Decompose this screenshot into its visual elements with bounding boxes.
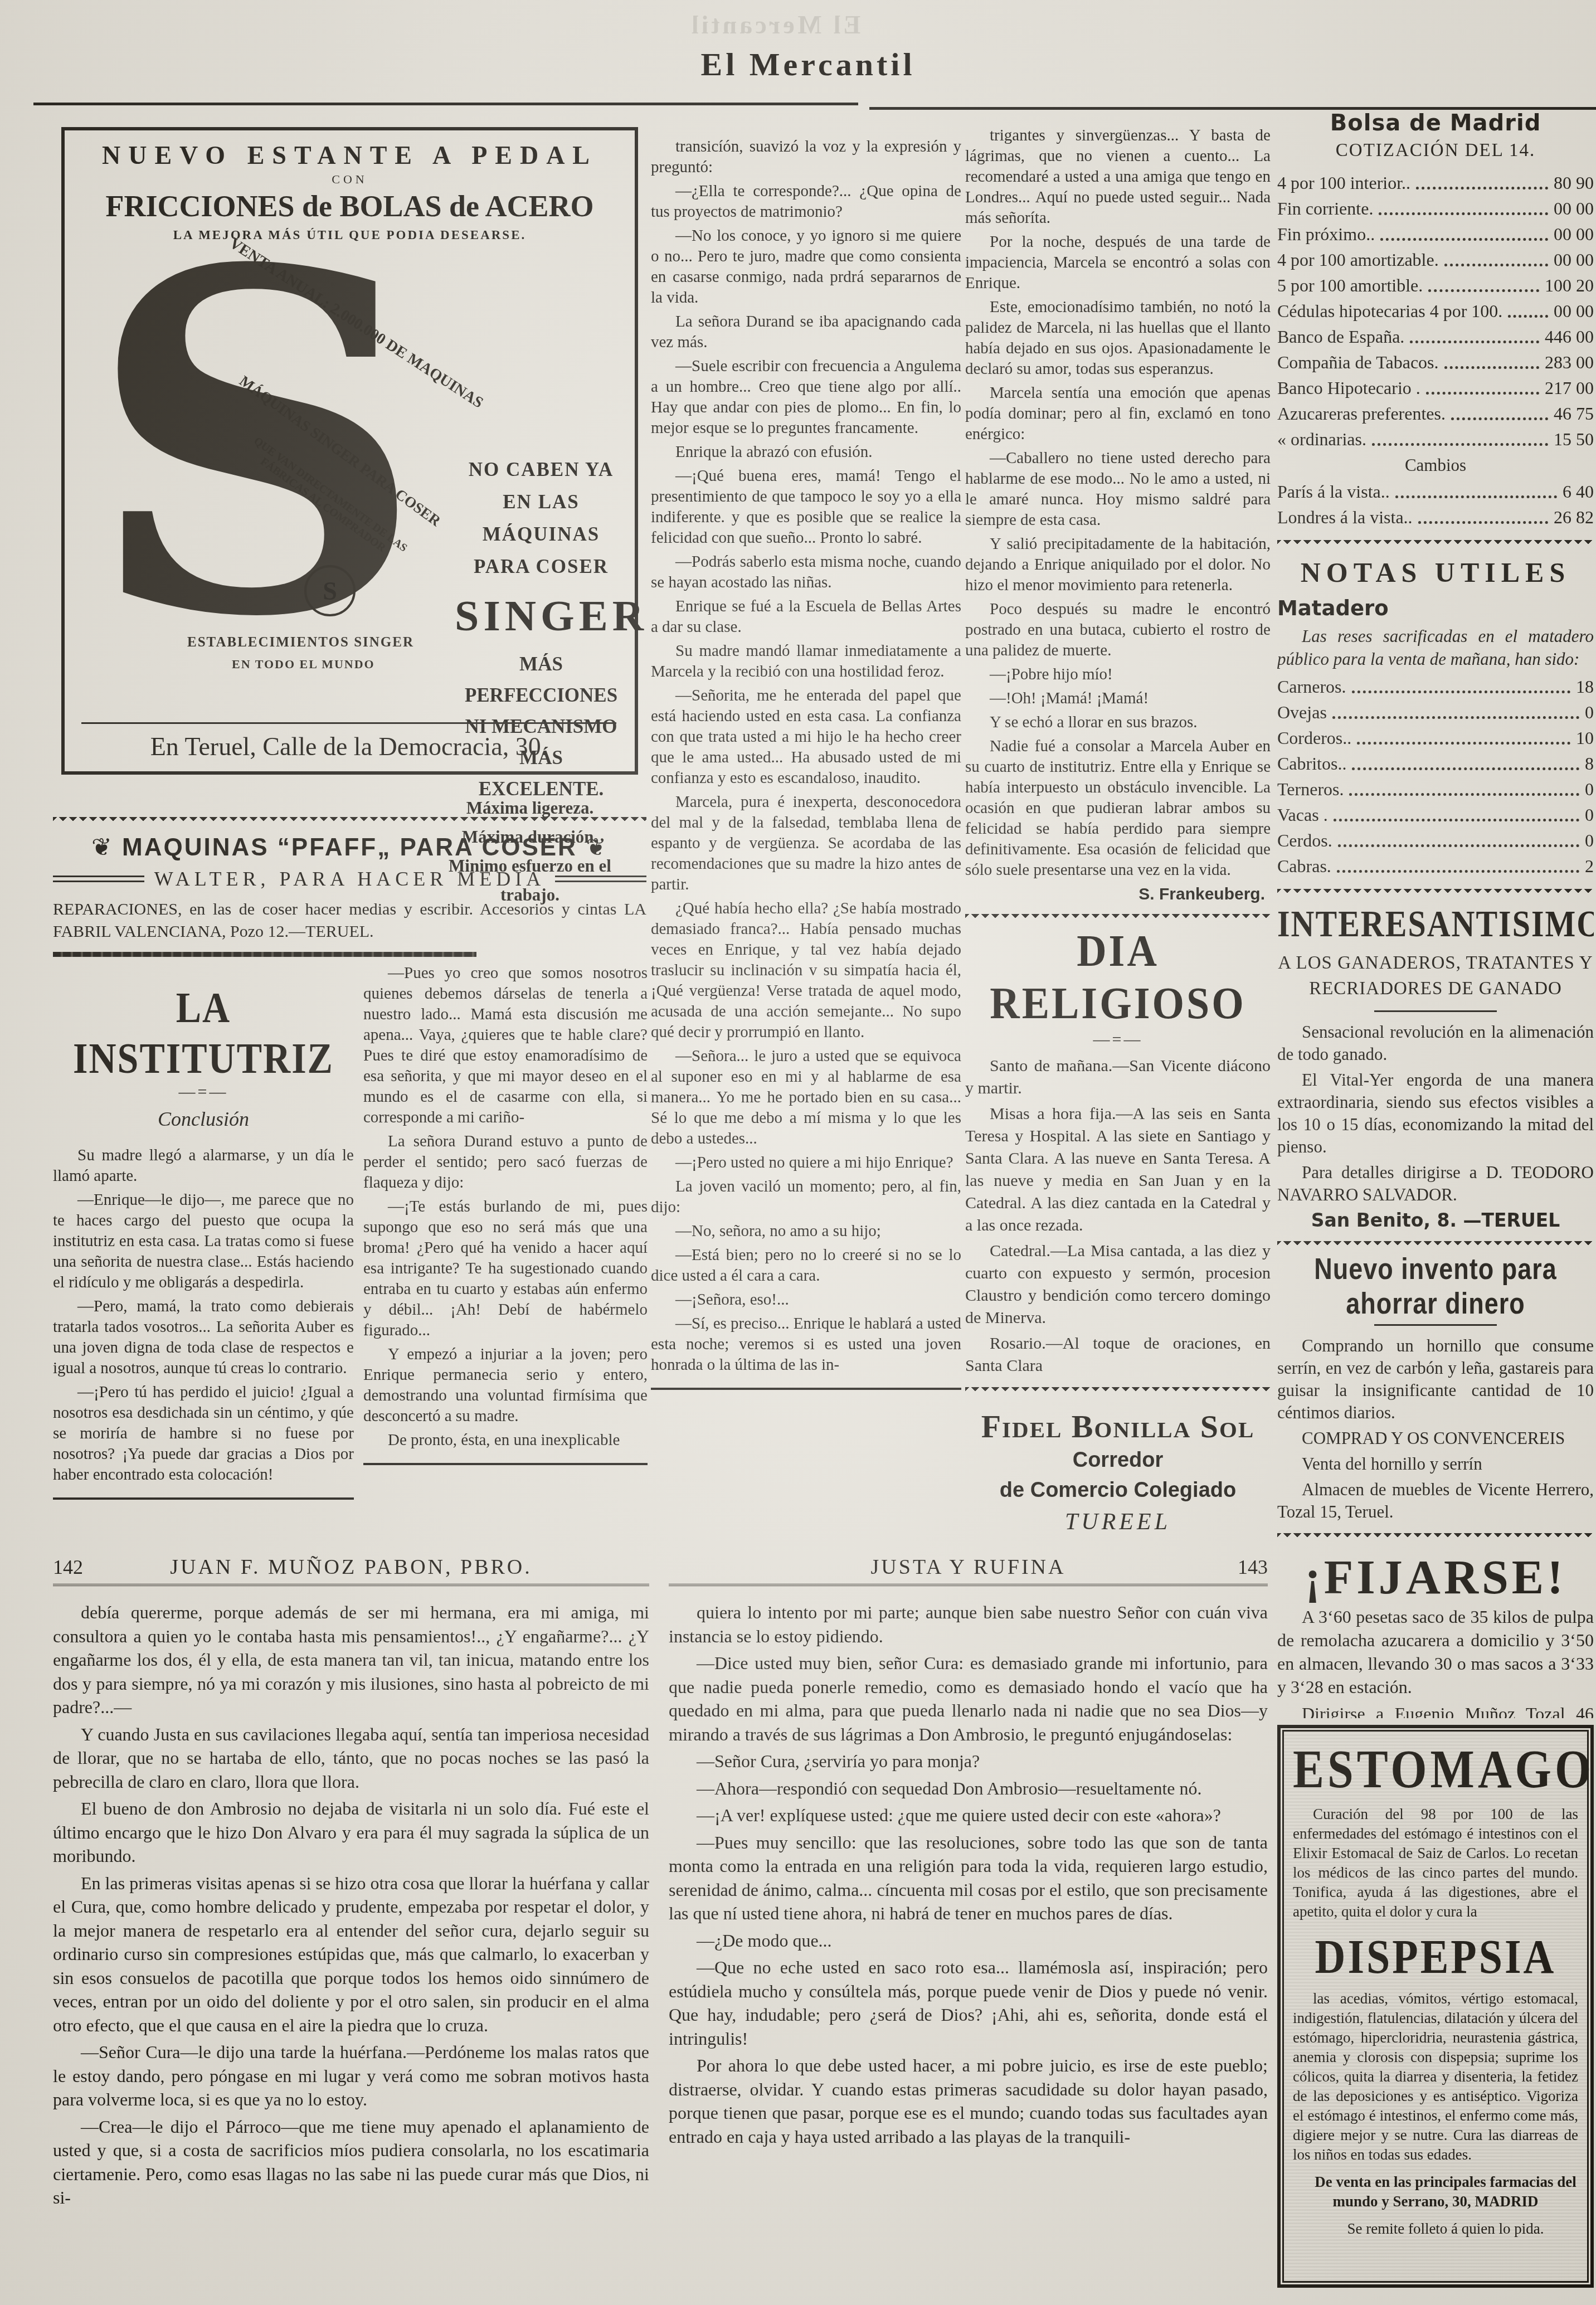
zigzag-rule bbox=[965, 1387, 1271, 1393]
singer-establecimientos: ESTABLECIMIENTOS SINGER bbox=[187, 635, 414, 650]
paragraph: El bueno de don Ambrosio no dejaba de vi… bbox=[53, 1797, 649, 1868]
paragraph: A 3‘60 pesetas saco de 35 kilos de pulpa… bbox=[1277, 1605, 1594, 1699]
column-end-rule bbox=[363, 1463, 648, 1465]
double-rule bbox=[555, 876, 646, 882]
dia-religioso-section: DIA RELIGIOSO —=— Santo de mañana.—San V… bbox=[965, 930, 1271, 1377]
pfaff-ad: ❦ MAQUINAS “PFAFF„ PARA COSER ❦ WALTER, … bbox=[53, 807, 646, 957]
dot-leader bbox=[1410, 341, 1539, 343]
paragraph: —¿De modo que... bbox=[669, 1929, 1268, 1953]
dot-leader bbox=[1426, 392, 1539, 395]
book-left-page-number: 142 bbox=[53, 1555, 120, 1579]
column-end-rule bbox=[53, 1497, 354, 1500]
dot-leader bbox=[1395, 495, 1557, 498]
paragraph: —Señor Cura—le dijo una tarde la huérfan… bbox=[53, 2040, 649, 2112]
quote-row: Banco de España. 446 00 bbox=[1277, 324, 1594, 349]
quote-row: Banco Hipotecario . 217 00 bbox=[1277, 375, 1594, 401]
paragraph: —¡Te estás burlando de mi, pues supongo … bbox=[363, 1197, 648, 1341]
singer-address: En Teruel, Calle de la Democracia, 30. bbox=[81, 722, 616, 761]
institutriz-col1-text: Su madre llegó a alarmarse, y un día le … bbox=[53, 1145, 354, 1485]
estomago-footer-2: Se remite folleto á quien lo pida. bbox=[1293, 2219, 1578, 2239]
quote-row: Azucareras preferentes. 46 75 bbox=[1277, 401, 1594, 426]
livestock-label: Terneros. bbox=[1277, 776, 1344, 802]
quote-value: 100 20 bbox=[1545, 273, 1594, 298]
paragraph: —Está bien; pero no lo creeré si no se l… bbox=[651, 1245, 961, 1286]
dia-religioso-title: DIA RELIGIOSO bbox=[965, 926, 1271, 1030]
paragraph: —¡Pero usted no quiere a mi hijo Enrique… bbox=[651, 1152, 961, 1173]
institutriz-title: LA INSTITUTRIZ bbox=[53, 983, 354, 1084]
book-right-text: quiera lo intento por mi parte; aunque b… bbox=[669, 1601, 1268, 2148]
pfaff-title: MAQUINAS “PFAFF„ PARA COSER bbox=[122, 834, 577, 861]
newspaper-page: El Mercantil El Mercantil NUEVO ESTANTE … bbox=[0, 0, 1596, 2305]
livestock-count: 8 bbox=[1585, 751, 1594, 776]
fidel-city: TUREEL bbox=[965, 1509, 1271, 1533]
paragraph: Y cuando Justa en sus cavilaciones llega… bbox=[53, 1723, 649, 1794]
paragraph: —Caballero no tiene usted derecho para h… bbox=[965, 448, 1271, 531]
dot-leader bbox=[1380, 238, 1548, 241]
ghost-masthead: El Mercantil bbox=[580, 10, 970, 40]
paragraph: —¿Ella te corresponde?... ¿Que opina de … bbox=[651, 181, 961, 222]
interesantisimo-address: San Benito, 8. —TERUEL bbox=[1277, 1209, 1594, 1231]
dot-leader bbox=[1508, 315, 1548, 318]
quote-label: 4 por 100 interior.. bbox=[1277, 170, 1410, 196]
paragraph: Almacen de muebles de Vicente Herrero, T… bbox=[1277, 1479, 1594, 1523]
paragraph: —Pero, mamá, la trato como debierais tra… bbox=[53, 1296, 354, 1379]
paragraph: El Vital-Yer engorda de una manera extra… bbox=[1277, 1069, 1594, 1158]
livestock-label: Cabritos.. bbox=[1277, 751, 1346, 776]
paragraph: —¡Pero tú has perdido el juicio! ¿Igual … bbox=[53, 1382, 354, 1485]
singer-no-caben: NO CABEN YA EN LAS MÁQUINAS PARA COSER bbox=[455, 454, 627, 583]
livestock-label: Cerdos. bbox=[1277, 828, 1332, 853]
quote-row: « ordinarias. 15 50 bbox=[1277, 426, 1594, 452]
institutriz-subtitle: Conclusión bbox=[53, 1107, 354, 1131]
pfaff-title-row: ❦ MAQUINAS “PFAFF„ PARA COSER ❦ bbox=[53, 833, 646, 862]
dot-leader bbox=[1372, 443, 1548, 446]
dot-leader bbox=[1428, 289, 1539, 292]
quote-value: 00 00 bbox=[1554, 221, 1594, 247]
interesantisimo-text: Sensacional revolución en la alimenación… bbox=[1277, 1021, 1594, 1206]
quote-label: « ordinarias. bbox=[1277, 426, 1366, 452]
estomago-copy: Curación del 98 por 100 de las enfermeda… bbox=[1293, 1805, 1578, 1922]
institutriz-col2-text: —Pues yo creo que somos nosotros quienes… bbox=[363, 963, 648, 1451]
quote-label: Banco de España. bbox=[1277, 324, 1404, 349]
fidel-name: Fidel Bonilla Sol bbox=[965, 1408, 1271, 1445]
short-rule bbox=[1374, 1010, 1497, 1012]
book-right-page-number: 143 bbox=[1201, 1555, 1268, 1579]
short-rule bbox=[1374, 1324, 1497, 1326]
serial-col2-text: transicíón, suavizó la voz y la expresió… bbox=[651, 137, 961, 1375]
dot-leader bbox=[1337, 870, 1579, 873]
paragraph: La joven vaciló un momento; pero, al fin… bbox=[651, 1176, 961, 1218]
paragraph: Comprando un hornillo que consume serrín… bbox=[1277, 1335, 1594, 1424]
cambios-label: Cambios bbox=[1277, 455, 1594, 475]
fijarse-title: ¡FIJARSE! bbox=[1277, 1549, 1594, 1605]
institutriz-column-2: —Pues yo creo que somos nosotros quienes… bbox=[363, 963, 648, 1526]
dia-religioso-text: Santo de mañana.—San Vicente diácono y m… bbox=[965, 1055, 1271, 1377]
dot-leader bbox=[1349, 793, 1579, 796]
paragraph: —Señorita, me he enterada del papel que … bbox=[651, 685, 961, 789]
estomago-ad: ESTOMAGO Curación del 98 por 100 de las … bbox=[1277, 1725, 1594, 2288]
paragraph: De pronto, ésta, en una inexplicable bbox=[363, 1430, 648, 1451]
singer-logo-letter: S bbox=[323, 576, 337, 606]
bolsa-table: 4 por 100 interior.. 80 90 Fin corriente… bbox=[1277, 170, 1594, 452]
zigzag-rule bbox=[1277, 1533, 1594, 1539]
paragraph: Para detalles dirigirse a D. TEODORO NAV… bbox=[1277, 1161, 1594, 1206]
serial-col3-text: trigantes y sinvergüenzas... Y basta de … bbox=[965, 125, 1271, 881]
quote-row: Compañia de Tabacos. 283 00 bbox=[1277, 349, 1594, 375]
institutriz-column-1: LA INSTITUTRIZ —=— Conclusión Su madre l… bbox=[53, 989, 354, 1500]
paragraph: Por ahora lo que debe usted hacer, a mi … bbox=[669, 2054, 1268, 2148]
book-left-header: 142 JUAN F. MUÑOZ PABON, PBRO. bbox=[53, 1555, 649, 1586]
dot-leader bbox=[1444, 366, 1539, 369]
paragraph: Marcela, pura é inexperta, desconocedora… bbox=[651, 792, 961, 895]
paragraph: —Pues yo creo que somos nosotros quienes… bbox=[363, 963, 648, 1128]
livestock-label: Vacas . bbox=[1277, 802, 1328, 828]
right-column: Bolsa de Madrid COTIZACIÓN DEL 14. 4 por… bbox=[1277, 110, 1594, 1718]
paragraph: —Sí, es preciso... Enrique le hablará a … bbox=[651, 1314, 961, 1375]
pfaff-subtitle-row: WALTER, PARA HACER MEDIA bbox=[53, 867, 646, 891]
dot-leader bbox=[1332, 716, 1579, 719]
paragraph: —¡Pobre hijo mío! bbox=[965, 664, 1271, 685]
paragraph: —Podrás saberlo esta misma noche, cuando… bbox=[651, 552, 961, 593]
livestock-count: 18 bbox=[1576, 674, 1594, 699]
livestock-row: Vacas . 0 bbox=[1277, 802, 1594, 828]
paragraph: —¡A ver! explíquese usted: ¿que me quier… bbox=[669, 1803, 1268, 1827]
interesantisimo-title: INTERESANTISIMO bbox=[1277, 902, 1594, 945]
subtitle-line-2: RECRIADORES DE GANADO bbox=[1277, 976, 1594, 1001]
paragraph: debía quererme, porque además de ser mi … bbox=[53, 1601, 649, 1719]
quote-label: 4 por 100 amortizable. bbox=[1277, 247, 1439, 273]
book-right-header: JUSTA Y RUFINA 143 bbox=[669, 1555, 1268, 1586]
dot-leader bbox=[1418, 521, 1548, 524]
floret-icon: ❦ bbox=[586, 834, 608, 861]
fidel-bonilla-ad: Fidel Bonilla Sol Corredor de Comercio C… bbox=[965, 1408, 1271, 1533]
paragraph: —¡Qué buena eres, mamá! Tengo el present… bbox=[651, 466, 961, 548]
livestock-label: Carneros. bbox=[1277, 674, 1346, 699]
livestock-count: 0 bbox=[1585, 828, 1594, 853]
matadero-table: Carneros. 18 Ovejas 0 Corderos.. 10 bbox=[1277, 674, 1594, 879]
paragraph: —Enrique—le dijo—, me parece que no te h… bbox=[53, 1190, 354, 1293]
paragraph: Su madre mandó llamar inmediatamente a M… bbox=[651, 641, 961, 682]
zigzag-rule bbox=[1277, 540, 1594, 546]
paragraph: Este, emocionadísimo también, no notó la… bbox=[965, 297, 1271, 380]
paragraph: trigantes y sinvergüenzas... Y basta de … bbox=[965, 125, 1271, 228]
quote-label: Londres á la vista.. bbox=[1277, 504, 1413, 530]
column-end-rule bbox=[651, 1388, 961, 1390]
quote-label: Banco Hipotecario . bbox=[1277, 375, 1420, 401]
livestock-row: Carneros. 18 bbox=[1277, 674, 1594, 699]
nuevo-invento-text: Comprando un hornillo que consume serrín… bbox=[1277, 1335, 1594, 1523]
livestock-label: Corderos.. bbox=[1277, 725, 1351, 751]
fidel-role-1: Corredor bbox=[965, 1445, 1271, 1475]
livestock-row: Ovejas 0 bbox=[1277, 699, 1594, 725]
livestock-row: Cabras. 2 bbox=[1277, 853, 1594, 879]
quote-row: París á la vista.. 6 40 bbox=[1277, 479, 1594, 504]
quote-row: Cédulas hipotecarias 4 por 100. 00 00 bbox=[1277, 298, 1594, 324]
dot-leader bbox=[1451, 417, 1548, 420]
quote-label: París á la vista.. bbox=[1277, 479, 1390, 504]
fidel-role-2: de Comercio Colegiado bbox=[965, 1475, 1271, 1505]
paragraph: Enrique se fué a la Escuela de Bellas Ar… bbox=[651, 596, 961, 638]
paragraph: quiera lo intento por mi parte; aunque b… bbox=[669, 1601, 1268, 1648]
bolsa-section: Bolsa de Madrid COTIZACIÓN DEL 14. 4 por… bbox=[1277, 110, 1594, 530]
book-left-title: JUAN F. MUÑOZ PABON, PBRO. bbox=[120, 1555, 582, 1579]
paragraph: —Crea—le dijo el Párroco—que me tiene mu… bbox=[53, 2115, 649, 2210]
zigzag-rule bbox=[53, 817, 646, 823]
livestock-row: Terneros. 0 bbox=[1277, 776, 1594, 802]
book-left-text: debía quererme, porque además de ser mi … bbox=[53, 1601, 649, 2210]
paragraph: La señora Durand se iba apacignando cada… bbox=[651, 312, 961, 353]
serial-column-2: transicíón, suavizó la voz y la expresió… bbox=[651, 137, 961, 1519]
paragraph: Poco después su madre le encontró postra… bbox=[965, 599, 1271, 661]
quote-label: Cédulas hipotecarias 4 por 100. bbox=[1277, 298, 1502, 324]
subtitle-line-1: A LOS GANADEROS, TRATANTES Y bbox=[1277, 950, 1594, 976]
paragraph: Y salió precipitadamente de la habitació… bbox=[965, 534, 1271, 596]
fijarse-text: A 3‘60 pesetas saco de 35 kilos de pulpa… bbox=[1277, 1605, 1594, 1718]
paragraph: Rosario.—Al toque de oraciones, en Santa… bbox=[965, 1333, 1271, 1377]
quote-value: 446 00 bbox=[1545, 324, 1594, 349]
quote-row: Fin corriente. 00 00 bbox=[1277, 196, 1594, 221]
book-right-title: JUSTA Y RUFINA bbox=[736, 1555, 1201, 1579]
dot-leader bbox=[1352, 767, 1579, 770]
quote-row: 5 por 100 amortible. 100 20 bbox=[1277, 273, 1594, 298]
bolsa-subtitle: COTIZACIÓN DEL 14. bbox=[1277, 140, 1594, 161]
paragraph: En las primeras visitas apenas si se hiz… bbox=[53, 1871, 649, 2037]
paragraph: Venta del hornillo y serrín bbox=[1277, 1453, 1594, 1475]
paragraph: —Ahora—respondió con sequedad Don Ambros… bbox=[669, 1777, 1268, 1801]
book-page-left: 142 JUAN F. MUÑOZ PABON, PBRO. debía que… bbox=[53, 1555, 649, 2291]
serial-signature: S. Frankeuberg. bbox=[965, 885, 1265, 904]
paragraph: —No, señora, no amo a su hijo; bbox=[651, 1221, 961, 1242]
paragraph: —Que no eche usted en saco roto esa... l… bbox=[669, 1956, 1268, 2050]
nuevo-invento-section: Nuevo invento para ahorrar dinero Compra… bbox=[1277, 1257, 1594, 1523]
livestock-count: 10 bbox=[1576, 725, 1594, 751]
paragraph: —Señor Cura, ¿serviría yo para monja? bbox=[669, 1749, 1268, 1773]
livestock-label: Cabras. bbox=[1277, 853, 1331, 879]
livestock-row: Corderos.. 10 bbox=[1277, 725, 1594, 751]
quote-value: 46 75 bbox=[1554, 401, 1594, 426]
zigzag-rule bbox=[1277, 889, 1594, 895]
paragraph: La señora Durand estuvo a punto de perde… bbox=[363, 1131, 648, 1193]
quote-value: 6 40 bbox=[1563, 479, 1594, 504]
zigzag-rule bbox=[965, 914, 1271, 920]
singer-ad: NUEVO ESTANTE A PEDAL CON FRICCIONES de … bbox=[61, 127, 638, 775]
book-page-right: JUSTA Y RUFINA 143 quiera lo intento por… bbox=[669, 1555, 1268, 2291]
estomago-footer: De venta en las principales farmacias de… bbox=[1293, 2172, 1578, 2211]
quote-value: 283 00 bbox=[1545, 349, 1594, 375]
estomago-title: ESTOMAGO bbox=[1293, 1739, 1578, 1801]
notas-utiles-section: NOTAS UTILES Matadero Las reses sacrific… bbox=[1277, 556, 1594, 879]
livestock-count: 2 bbox=[1585, 853, 1594, 879]
title-divider: —=— bbox=[965, 1030, 1271, 1049]
paragraph: —¡Señora, eso!... bbox=[651, 1290, 961, 1310]
quote-label: Compañia de Tabacos. bbox=[1277, 349, 1439, 375]
dot-leader bbox=[1334, 819, 1579, 821]
matadero-heading: Matadero bbox=[1277, 596, 1594, 620]
quote-row: Fin próximo.. 00 00 bbox=[1277, 221, 1594, 247]
zigzag-rule bbox=[1277, 1241, 1594, 1247]
livestock-row: Cerdos. 0 bbox=[1277, 828, 1594, 853]
paragraph: Sensacional revolución en la alimenación… bbox=[1277, 1021, 1594, 1066]
serial-column-3: trigantes y sinvergüenzas... Y basta de … bbox=[965, 125, 1271, 1533]
paragraph: —Pues muy sencillo: que las resoluciones… bbox=[669, 1831, 1268, 1925]
dot-leader bbox=[1379, 212, 1548, 215]
quote-value: 80 90 bbox=[1554, 170, 1594, 196]
livestock-count: 0 bbox=[1585, 802, 1594, 828]
quote-label: Fin próximo.. bbox=[1277, 221, 1375, 247]
singer-logo: S bbox=[304, 565, 356, 616]
dot-leader bbox=[1416, 187, 1548, 189]
pfaff-body: REPARACIONES, en las de coser hacer medi… bbox=[53, 898, 646, 943]
fijarse-section: ¡FIJARSE! A 3‘60 pesetas saco de 35 kilo… bbox=[1277, 1549, 1594, 1718]
paragraph: Santo de mañana.—San Vicente diácono y m… bbox=[965, 1055, 1271, 1100]
quote-label: 5 por 100 amortible. bbox=[1277, 273, 1423, 298]
floret-icon: ❦ bbox=[91, 834, 114, 861]
livestock-row: Cabritos.. 8 bbox=[1277, 751, 1594, 776]
paragraph: ¿Qué había hecho ella? ¿Se había mostrad… bbox=[651, 898, 961, 1043]
paragraph: Catedral.—La Misa cantada, a las diez y … bbox=[965, 1240, 1271, 1329]
paragraph: COMPRAD Y OS CONVENCEREIS bbox=[1277, 1427, 1594, 1450]
livestock-label: Ovejas bbox=[1277, 699, 1327, 725]
paragraph: transicíón, suavizó la voz y la expresió… bbox=[651, 137, 961, 178]
paragraph: Por la noche, después de una tarde de im… bbox=[965, 232, 1271, 294]
title-divider: —=— bbox=[53, 1083, 354, 1102]
quote-row: Londres á la vista.. 26 82 bbox=[1277, 504, 1594, 530]
singer-establecimientos-2: EN TODO EL MUNDO bbox=[232, 657, 375, 672]
nuevo-invento-title: Nuevo invento para ahorrar dinero bbox=[1277, 1252, 1594, 1321]
interesantisimo-section: INTERESANTISIMO A LOS GANADEROS, TRATANT… bbox=[1277, 905, 1594, 1231]
notas-title: NOTAS UTILES bbox=[1277, 556, 1594, 589]
dot-leader bbox=[1338, 844, 1579, 847]
double-rule bbox=[53, 876, 144, 882]
dispepsia-title: DISPEPSIA bbox=[1293, 1929, 1578, 1985]
paragraph: Enrique la abrazó con efusión. bbox=[651, 442, 961, 463]
paragraph: —Dice usted muy bien, señor Cura: es dem… bbox=[669, 1651, 1268, 1746]
page-title: El Mercantil bbox=[613, 46, 1003, 83]
quote-value: 00 00 bbox=[1554, 247, 1594, 273]
dot-leader bbox=[1444, 264, 1548, 266]
quote-value: 00 00 bbox=[1554, 298, 1594, 324]
paragraph: —Suele escribir con frecuencia a Angulem… bbox=[651, 356, 961, 439]
quote-label: Azucareras preferentes. bbox=[1277, 401, 1446, 426]
paragraph: —!Oh! ¡Mamá! ¡Mamá! bbox=[965, 688, 1271, 709]
livestock-count: 0 bbox=[1585, 699, 1594, 725]
quote-row: 4 por 100 interior.. 80 90 bbox=[1277, 170, 1594, 196]
masthead-rule bbox=[33, 103, 858, 105]
paragraph: —No los conoce, y yo ignoro si me quiere… bbox=[651, 226, 961, 308]
paragraph: Misas a hora fija.—A las seis en Santa T… bbox=[965, 1103, 1271, 1237]
dot-leader bbox=[1352, 690, 1570, 693]
livestock-count: 0 bbox=[1585, 776, 1594, 802]
dot-leader bbox=[1357, 742, 1570, 745]
dispepsia-copy: las acedias, vómitos, vértigo estomacal,… bbox=[1293, 1989, 1578, 2165]
paragraph: —Señora... le juro a usted que se equivo… bbox=[651, 1046, 961, 1149]
paragraph: Marcela sentía una emoción que apenas po… bbox=[965, 383, 1271, 445]
quote-value: 00 00 bbox=[1554, 196, 1594, 221]
singer-brand: SINGER bbox=[455, 591, 627, 641]
paragraph: Y empezó a injuriar a la joven; pero Enr… bbox=[363, 1344, 648, 1427]
bolsa-title: Bolsa de Madrid bbox=[1277, 110, 1594, 136]
singer-headline: NUEVO ESTANTE A PEDAL bbox=[79, 140, 620, 170]
quote-value: 15 50 bbox=[1554, 426, 1594, 452]
paragraph: Y se echó a llorar en sus brazos. bbox=[965, 712, 1271, 733]
matadero-intro: Las reses sacrificadas en el matadero pú… bbox=[1277, 625, 1594, 670]
interesantisimo-subtitle: A LOS GANADEROS, TRATANTES Y RECRIADORES… bbox=[1277, 950, 1594, 1001]
pfaff-subtitle: WALTER, PARA HACER MEDIA bbox=[154, 867, 545, 891]
quote-row: 4 por 100 amortizable. 00 00 bbox=[1277, 247, 1594, 273]
masthead-rule-2 bbox=[869, 107, 1596, 110]
quote-value: 217 00 bbox=[1545, 375, 1594, 401]
quote-label: Fin corriente. bbox=[1277, 196, 1373, 221]
paragraph: Dirigirse a Eugenio Muñoz Tozal 46 Terue… bbox=[1277, 1702, 1594, 1718]
paragraph: Nadie fué a consolar a Marcela Auber en … bbox=[965, 736, 1271, 881]
quote-value: 26 82 bbox=[1554, 504, 1594, 530]
paragraph: Su madre llegó a alarmarse, y un día le … bbox=[53, 1145, 354, 1186]
heavy-rule bbox=[53, 952, 476, 957]
cambios-table: París á la vista.. 6 40 Londres á la vis… bbox=[1277, 479, 1594, 530]
